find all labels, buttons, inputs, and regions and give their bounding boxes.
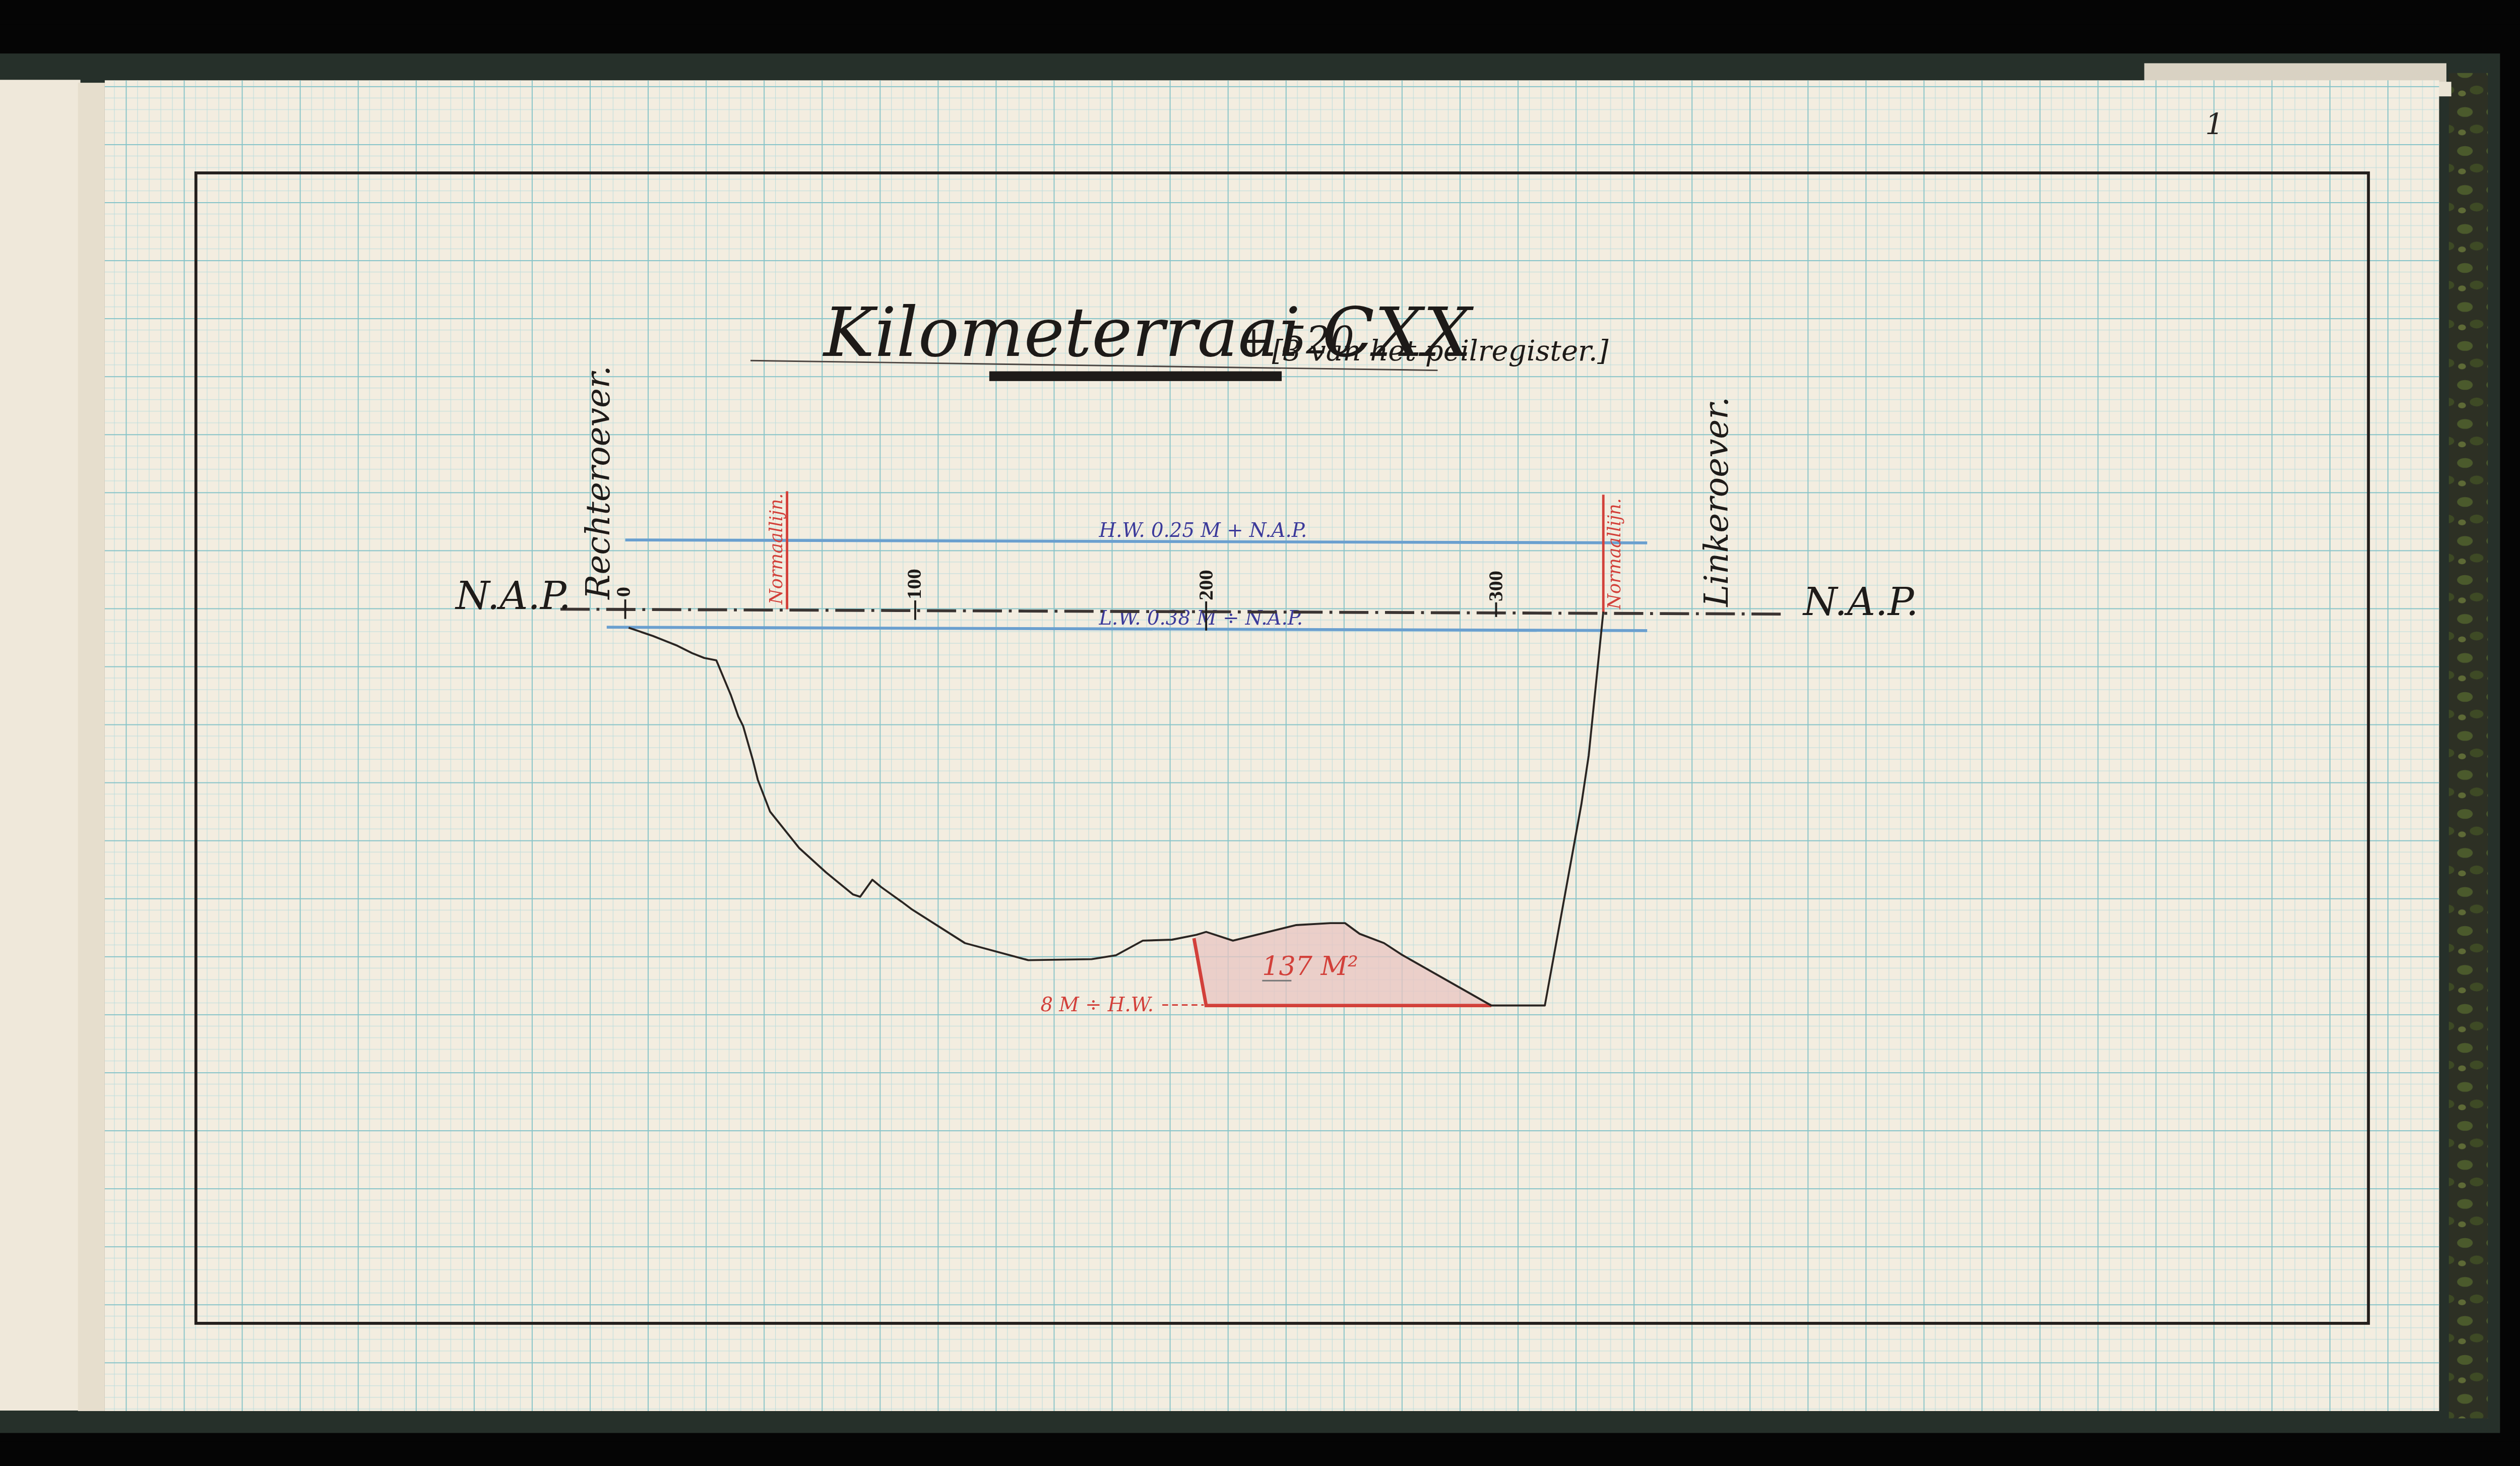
graph-grid: [105, 80, 2439, 1411]
left-bank-label: Linkeroever.: [1697, 397, 1736, 607]
marbled-edge: [2449, 73, 2488, 1419]
tick-0: 0: [612, 587, 635, 597]
page-number: 1: [2205, 107, 2224, 141]
normal-line-right-label: Normaallijn.: [1605, 498, 1625, 609]
title-bar: [989, 372, 1282, 381]
scanned-drawing-stage: 1 Kilometerraai CXX + 520 [3 van het pei…: [0, 0, 2520, 1466]
drawing-sheet: 1 Kilometerraai CXX + 520 [3 van het pei…: [0, 0, 2520, 1466]
nap-label-right: N.A.P.: [1802, 579, 1919, 625]
page-stack-edge: [2144, 63, 2446, 83]
high-water-label: H.W. 0.25 M + N.A.P.: [1098, 519, 1307, 542]
left-page: [0, 80, 81, 1411]
title-bracket-note: [3 van het peilregister.]: [1272, 335, 1609, 368]
tick-200: 200: [1194, 570, 1217, 600]
dredge-level-label: 8 M ÷ H.W.: [1040, 994, 1154, 1016]
tick-300: 300: [1484, 571, 1507, 601]
tick-100: 100: [903, 569, 925, 599]
gutter-fold: [78, 83, 105, 1411]
normal-line-left-label: Normaallijn.: [767, 494, 787, 605]
dredge-area-label: 137 M²: [1262, 951, 1358, 982]
nap-label-left: N.A.P.: [455, 573, 571, 619]
right-bank-label: Rechteroever.: [579, 365, 617, 600]
